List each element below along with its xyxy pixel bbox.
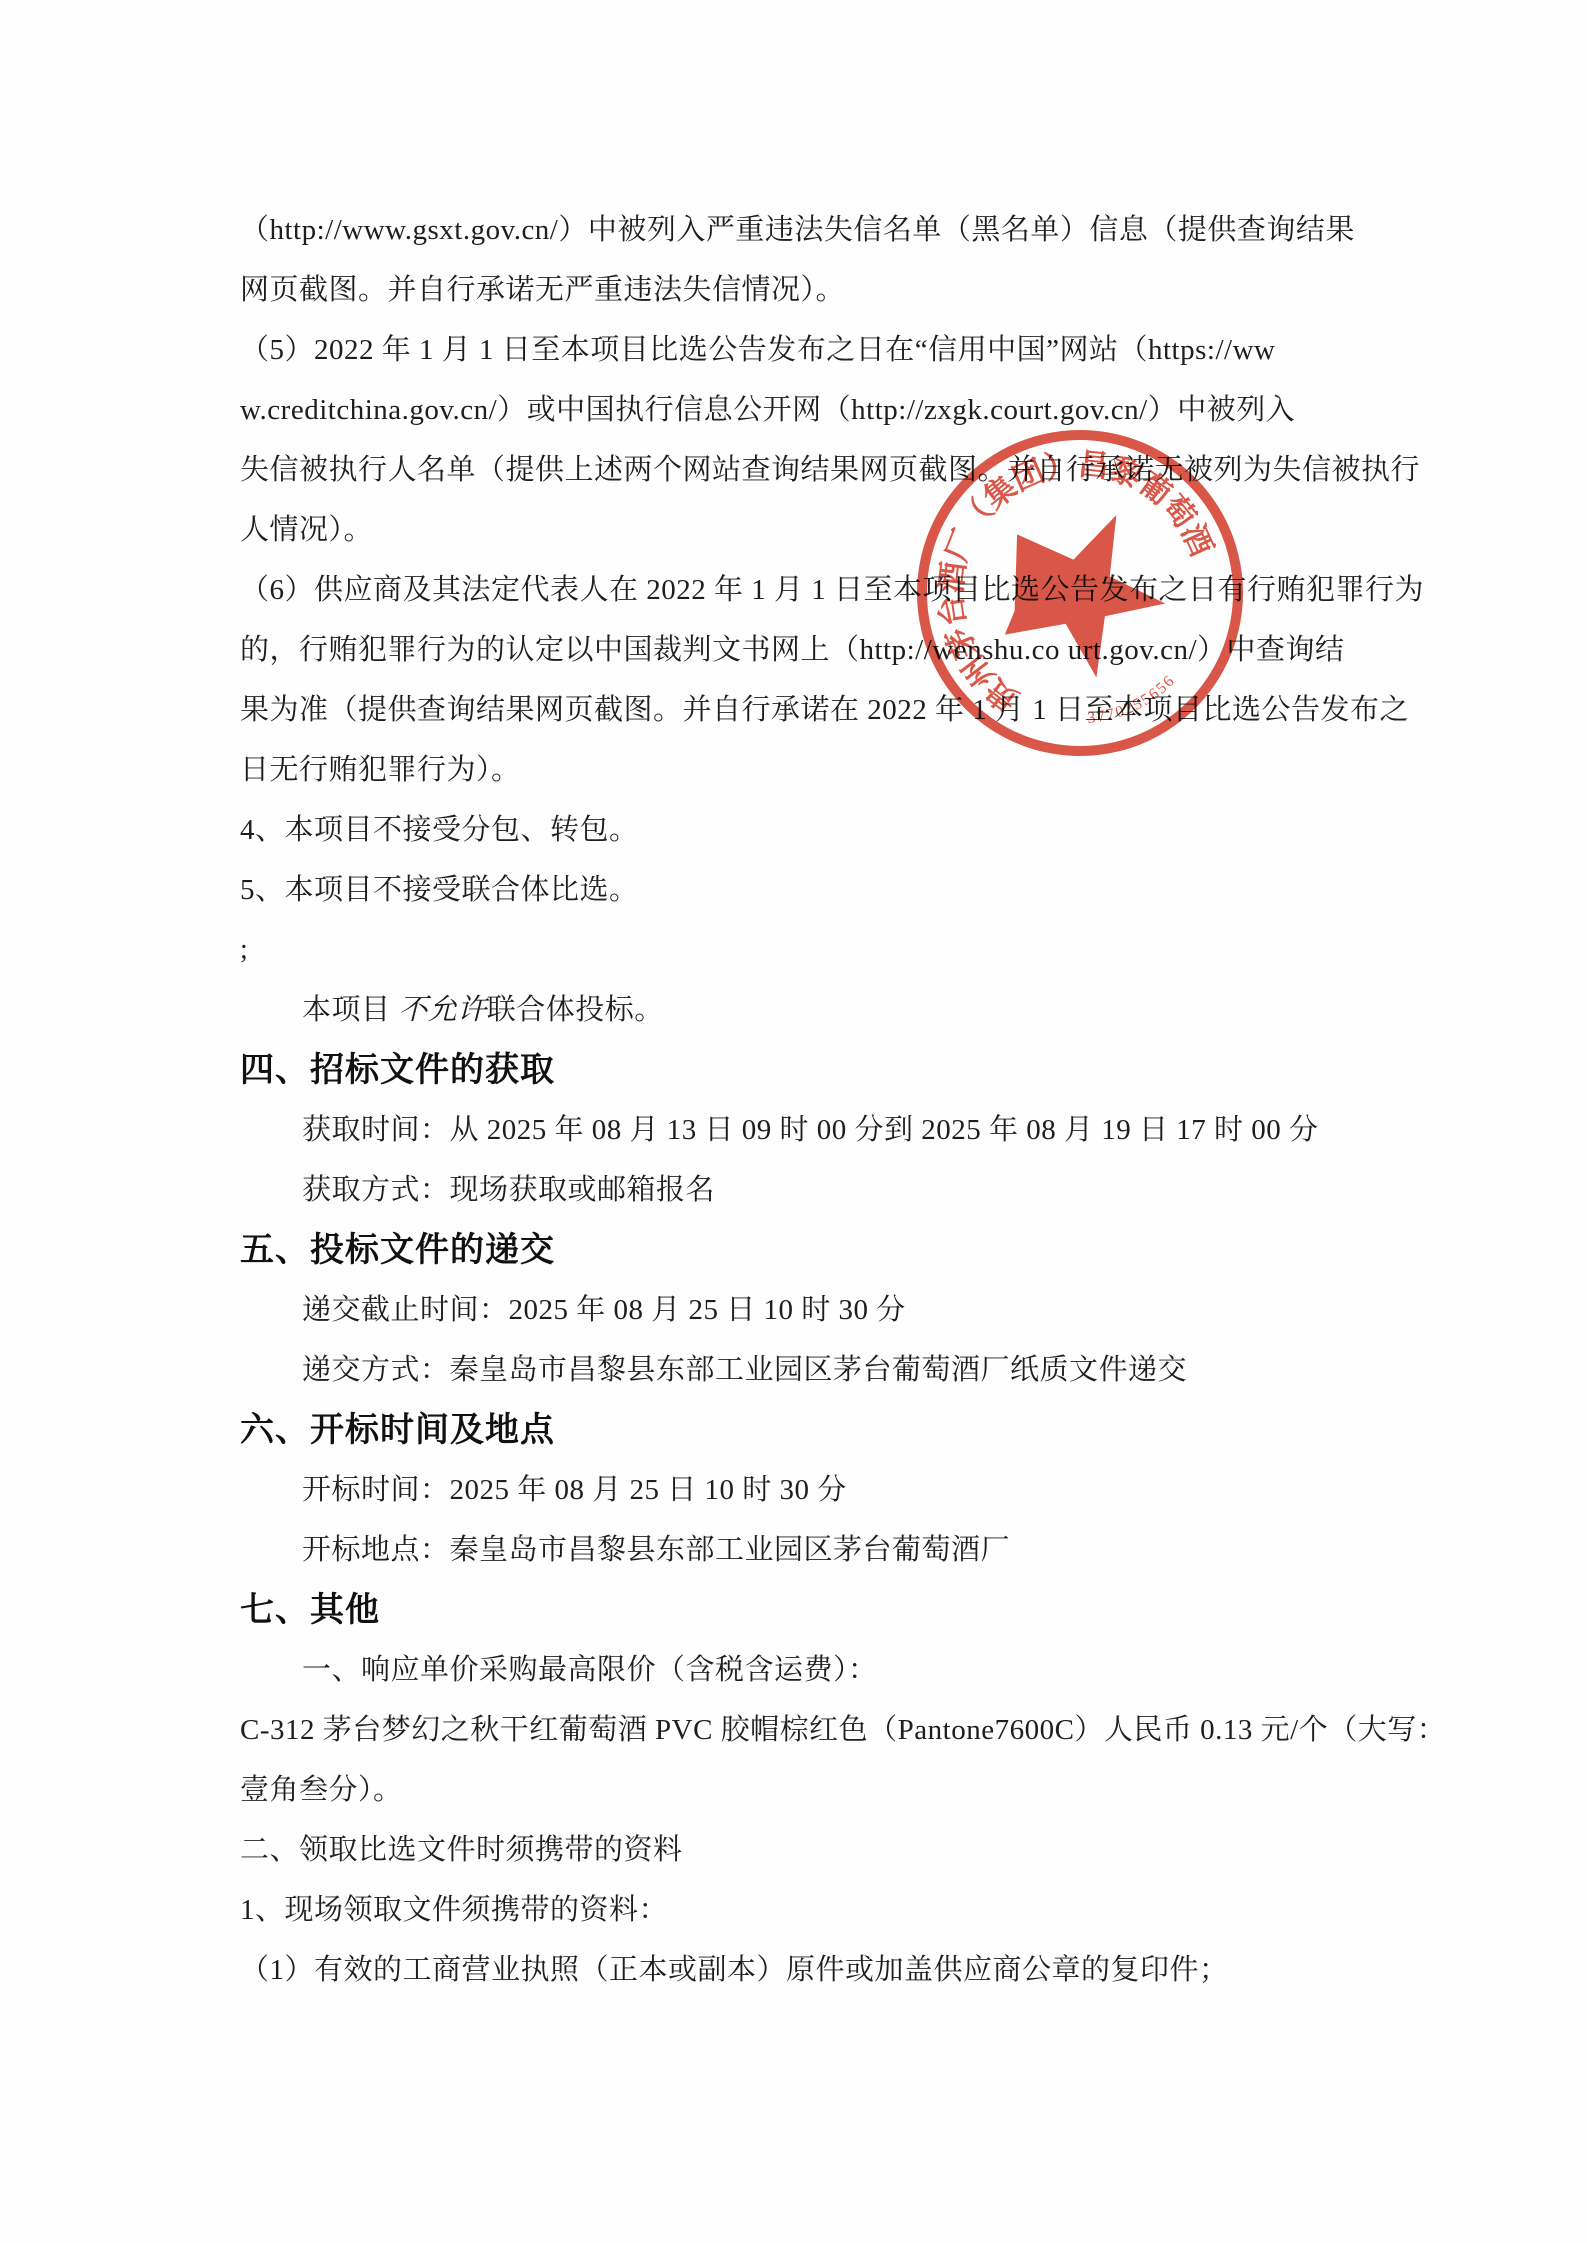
text-line: C-312 茅台梦幻之秋干红葡萄酒 PVC 胶帽棕红色（Pantone7600C…	[240, 1700, 1430, 1760]
text-line: 开标时间：2025 年 08 月 25 日 10 时 30 分	[240, 1460, 1430, 1520]
text-line: 递交方式：秦皇岛市昌黎县东部工业园区茅台葡萄酒厂纸质文件递交	[240, 1340, 1430, 1400]
text-line: 二、领取比选文件时须携带的资料	[240, 1820, 1430, 1880]
section-heading-5: 五、投标文件的递交	[240, 1220, 1430, 1280]
text-line: 获取方式：现场获取或邮箱报名	[240, 1160, 1430, 1220]
text-line: 获取时间：从 2025 年 08 月 13 日 09 时 00 分到 2025 …	[240, 1100, 1430, 1160]
text-line: 4、本项目不接受分包、转包。	[240, 800, 1430, 860]
document-body: （http://www.gsxt.gov.cn/）中被列入严重违法失信名单（黑名…	[240, 200, 1430, 2000]
text-line: 人情况）。	[240, 500, 1430, 560]
text-line: 递交截止时间：2025 年 08 月 25 日 10 时 30 分	[240, 1280, 1430, 1340]
document-page: （http://www.gsxt.gov.cn/）中被列入严重违法失信名单（黑名…	[0, 0, 1587, 2243]
text-line: 的，行贿犯罪行为的认定以中国裁判文书网上（http://wenshu.co ur…	[240, 620, 1430, 680]
text-line: 1、现场领取文件须携带的资料：	[240, 1880, 1430, 1940]
text-line: （http://www.gsxt.gov.cn/）中被列入严重违法失信名单（黑名…	[240, 200, 1430, 260]
emphasis-line: 本项目 不允许联合体投标。	[240, 980, 1430, 1040]
emphasis-italic-text: 不允许	[398, 994, 487, 1026]
text-line: 5、本项目不接受联合体比选。	[240, 860, 1430, 920]
section-heading-6: 六、开标时间及地点	[240, 1400, 1430, 1460]
text-line: （1）有效的工商营业执照（正本或副本）原件或加盖供应商公章的复印件；	[240, 1940, 1430, 2000]
text-line: （6）供应商及其法定代表人在 2022 年 1 月 1 日至本项目比选公告发布之…	[240, 560, 1430, 620]
text-line: 一、响应单价采购最高限价（含税含运费）：	[240, 1640, 1430, 1700]
text-line: 网页截图。并自行承诺无严重违法失信情况）。	[240, 260, 1430, 320]
text-line: w.creditchina.gov.cn/）或中国执行信息公开网（http://…	[240, 380, 1430, 440]
semicolon-line: ;	[240, 920, 1430, 980]
text-line: 果为准（提供查询结果网页截图。并自行承诺在 2022 年 1 月 1 日至本项目…	[240, 680, 1430, 740]
emphasis-suffix: 联合体投标。	[487, 994, 664, 1026]
section-heading-7: 七、其他	[240, 1580, 1430, 1640]
text-line: 开标地点：秦皇岛市昌黎县东部工业园区茅台葡萄酒厂	[240, 1520, 1430, 1580]
text-line: 失信被执行人名单（提供上述两个网站查询结果网页截图。并自行承诺无被列为失信被执行	[240, 440, 1430, 500]
text-line: （5）2022 年 1 月 1 日至本项目比选公告发布之日在“信用中国”网站（h…	[240, 320, 1430, 380]
text-line: 壹角叁分）。	[240, 1760, 1430, 1820]
section-heading-4: 四、招标文件的获取	[240, 1040, 1430, 1100]
text-line: 日无行贿犯罪行为）。	[240, 740, 1430, 800]
emphasis-prefix: 本项目	[302, 994, 398, 1026]
